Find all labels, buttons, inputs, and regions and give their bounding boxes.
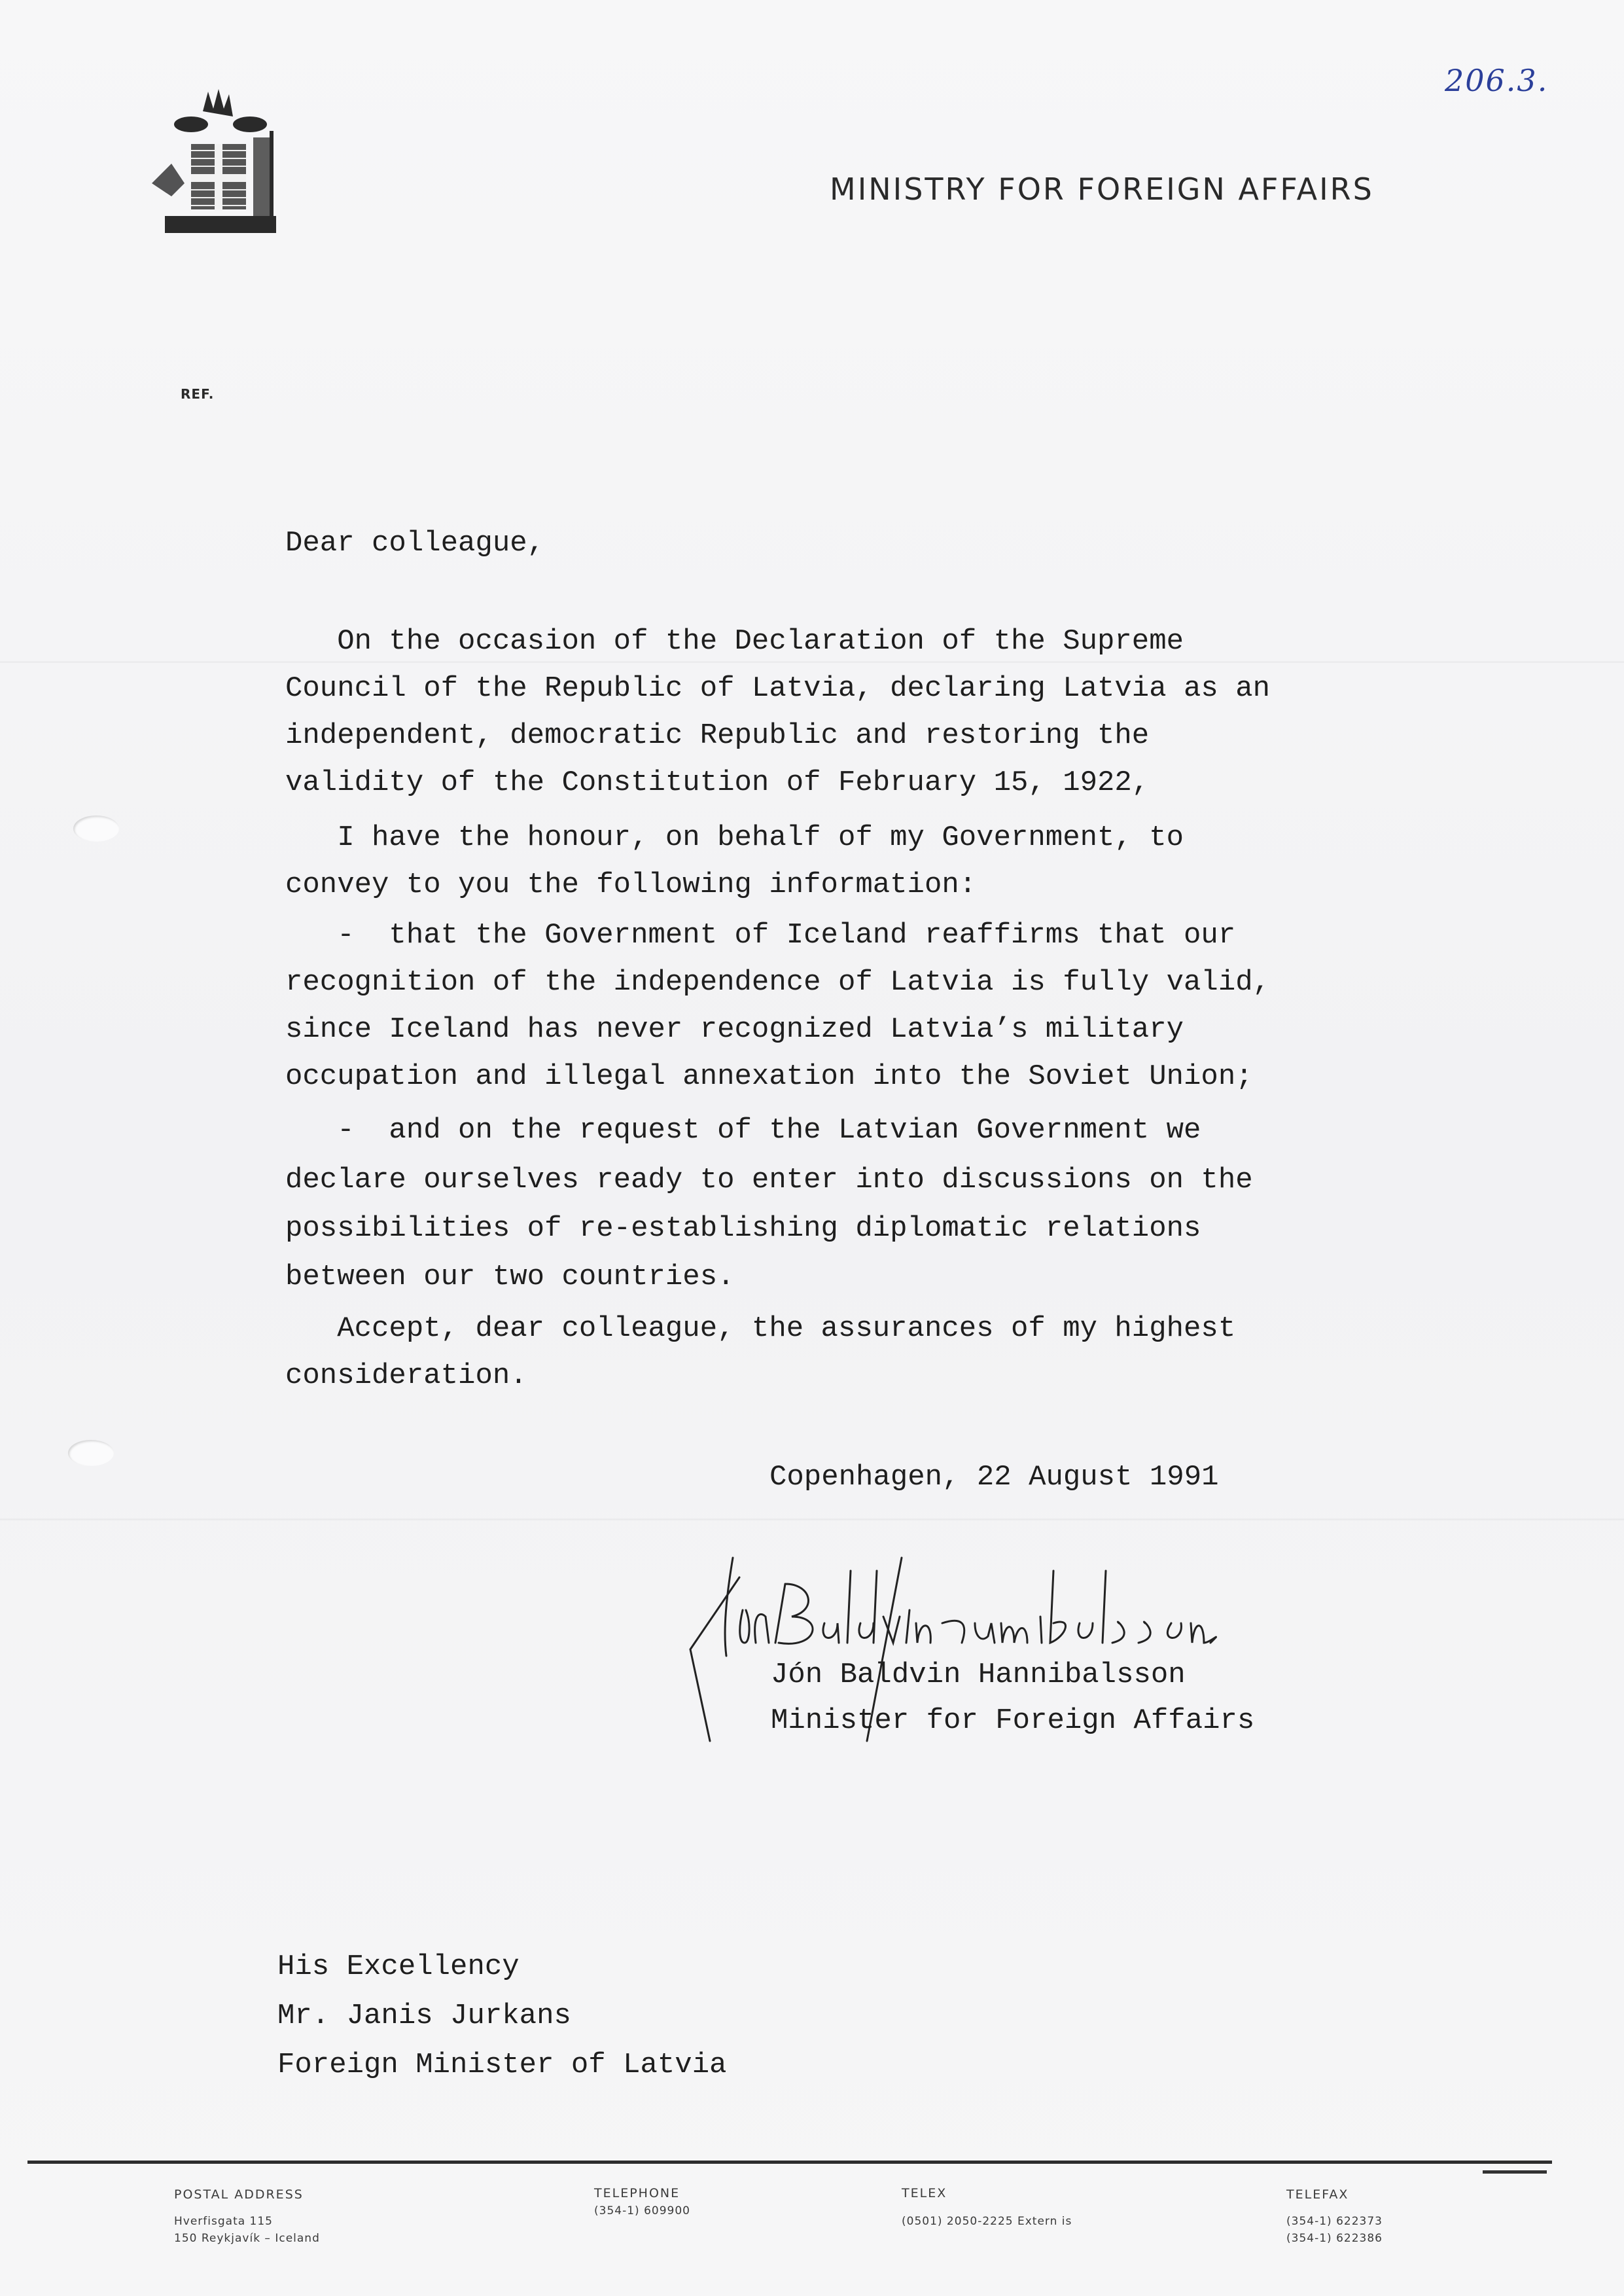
- body-line: independent, democratic Republic and res…: [285, 719, 1149, 752]
- body-line: declare ourselves ready to enter into di…: [285, 1164, 1253, 1196]
- punch-hole: [73, 816, 119, 842]
- paper-fold: [0, 661, 1624, 663]
- telex-value: (0501) 2050-2225 Extern is: [902, 2215, 1072, 2228]
- body-line: validity of the Constitution of February…: [285, 766, 1149, 799]
- telex-label: TELEX: [902, 2186, 947, 2200]
- postal-address-line: 150 Reykjavík – Iceland: [174, 2232, 320, 2245]
- body-line: On the occasion of the Declaration of th…: [285, 625, 1184, 658]
- signatory-title: Minister for Foreign Affairs: [771, 1704, 1254, 1737]
- body-line: recognition of the independence of Latvi…: [285, 966, 1270, 999]
- handwritten-reference-note: 206.3.: [1445, 63, 1548, 98]
- recipient-line: Foreign Minister of Latvia: [277, 2049, 727, 2081]
- body-line: Accept, dear colleague, the assurances o…: [285, 1312, 1235, 1345]
- telephone-label: TELEPHONE: [594, 2186, 680, 2200]
- body-line: - and on the request of the Latvian Gove…: [285, 1114, 1201, 1147]
- body-line: between our two countries.: [285, 1261, 735, 1293]
- recipient-line: His Excellency: [277, 1950, 520, 1983]
- recipient-line: Mr. Janis Jurkans: [277, 2000, 571, 2032]
- body-line: convey to you the following information:: [285, 869, 976, 901]
- telefax-value: (354-1) 622386: [1286, 2232, 1383, 2245]
- ref-label: REF.: [181, 386, 214, 402]
- body-line: I have the honour, on behalf of my Gover…: [285, 821, 1184, 854]
- footer-mark: [1483, 2170, 1547, 2174]
- body-line: Council of the Republic of Latvia, decla…: [285, 672, 1270, 705]
- telefax-label: TELEFAX: [1286, 2187, 1349, 2202]
- telephone-value: (354-1) 609900: [594, 2204, 690, 2217]
- punch-hole: [68, 1440, 114, 1466]
- body-line: possibilities of re-establishing diploma…: [285, 1212, 1201, 1245]
- telefax-value: (354-1) 622373: [1286, 2215, 1383, 2228]
- salutation: Dear colleague,: [285, 527, 544, 560]
- body-line: occupation and illegal annexation into t…: [285, 1060, 1253, 1093]
- body-line: - that the Government of Iceland reaffir…: [285, 919, 1235, 952]
- footer-divider: [27, 2161, 1552, 2164]
- letter-page: 206.3. MINISTRY FOR FOREIGN AFFAIRS REF.…: [0, 0, 1624, 2296]
- paper-fold: [0, 1518, 1624, 1520]
- dateline: Copenhagen, 22 August 1991: [769, 1461, 1219, 1494]
- coat-of-arms-icon: [145, 85, 291, 240]
- postal-address-label: POSTAL ADDRESS: [174, 2187, 304, 2202]
- ministry-heading: MINISTRY FOR FOREIGN AFFAIRS: [830, 171, 1374, 207]
- signatory-name: Jón Baldvin Hannibalsson: [771, 1659, 1186, 1691]
- postal-address-line: Hverfisgata 115: [174, 2215, 273, 2228]
- body-line: consideration.: [285, 1359, 527, 1392]
- body-line: since Iceland has never recognized Latvi…: [285, 1013, 1184, 1046]
